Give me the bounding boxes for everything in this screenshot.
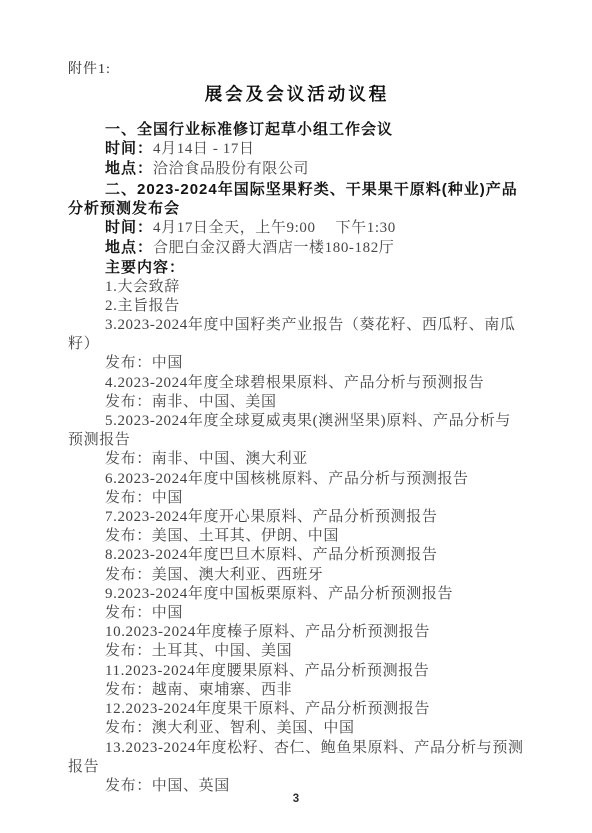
agenda-release: 发布：南非、中国、美国 xyxy=(68,393,526,412)
agenda-release: 发布：土耳其、中国、美国 xyxy=(68,642,526,661)
section1-place-line: 地点：洽洽食品股份有限公司 xyxy=(68,159,526,179)
page-number: 3 xyxy=(0,793,592,805)
section1-time-line: 时间：4月14日 - 17日 xyxy=(68,139,526,159)
agenda-item: 12.2023-2024年度果干原料、产品分析预测报告 xyxy=(68,700,526,719)
agenda-item: 5.2023-2024年度全球夏威夷果(澳洲坚果)原料、产品分析与预测报告 xyxy=(68,412,526,450)
agenda-release: 发布：美国、澳大利亚、西班牙 xyxy=(68,566,526,585)
time-value: 4月17日全天，上午9:00 下午1:30 xyxy=(153,220,396,236)
agenda-item: 7.2023-2024年度开心果原料、产品分析预测报告 xyxy=(68,508,526,527)
document-page: 附件1: 展会及会议活动议程 一、全国行业标准修订起草小组工作会议 时间：4月1… xyxy=(0,0,592,833)
agenda-release: 发布：澳大利亚、智利、美国、中国 xyxy=(68,719,526,738)
agenda-release: 发布：中国 xyxy=(68,489,526,508)
agenda-item: 10.2023-2024年度榛子原料、产品分析预测报告 xyxy=(68,623,526,642)
agenda-release: 发布：中国 xyxy=(68,354,526,373)
agenda-item: 13.2023-2024年度松籽、杏仁、鲍鱼果原料、产品分析与预测报告 xyxy=(68,739,526,777)
agenda-release: 发布：中国 xyxy=(68,604,526,623)
agenda-release: 发布：越南、柬埔寨、西非 xyxy=(68,681,526,700)
place-label: 地点： xyxy=(105,160,153,177)
agenda-item: 4.2023-2024年度全球碧根果原料、产品分析与预测报告 xyxy=(68,374,526,393)
agenda-item: 1.大会致辞 xyxy=(68,278,526,297)
agenda-item: 11.2023-2024年度腰果原料、产品分析预测报告 xyxy=(68,662,526,681)
document-title: 展会及会议活动议程 xyxy=(68,83,526,105)
agenda-release: 发布：南非、中国、澳大利亚 xyxy=(68,450,526,469)
document-content: 附件1: 展会及会议活动议程 一、全国行业标准修订起草小组工作会议 时间：4月1… xyxy=(0,0,592,796)
section2-content-label: 主要内容： xyxy=(68,258,526,277)
time-label: 时间： xyxy=(105,219,153,236)
agenda-item: 9.2023-2024年度中国板栗原料、产品分析预测报告 xyxy=(68,585,526,604)
agenda-item: 6.2023-2024年度中国核桃原料、产品分析与预测报告 xyxy=(68,470,526,489)
section1-heading: 一、全国行业标准修订起草小组工作会议 xyxy=(68,120,526,139)
agenda-item: 2.主旨报告 xyxy=(68,297,526,316)
time-label: 时间： xyxy=(105,140,153,157)
agenda-item: 3.2023-2024年度中国籽类产业报告（葵花籽、西瓜籽、南瓜籽） xyxy=(68,316,526,354)
attachment-label: 附件1: xyxy=(68,60,526,79)
agenda-release: 发布：美国、土耳其、伊朗、中国 xyxy=(68,527,526,546)
place-value: 洽洽食品股份有限公司 xyxy=(153,161,309,177)
section2-time-line: 时间：4月17日全天，上午9:00 下午1:30 xyxy=(68,218,526,238)
place-value: 合肥白金汉爵大酒店一楼180-182厅 xyxy=(153,240,394,256)
place-label: 地点： xyxy=(105,239,153,256)
agenda-item: 8.2023-2024年度巴旦木原料、产品分析预测报告 xyxy=(68,546,526,565)
section2-place-line: 地点：合肥白金汉爵大酒店一楼180-182厅 xyxy=(68,238,526,258)
time-value: 4月14日 - 17日 xyxy=(153,141,255,157)
section2-heading: 二、2023-2024年国际坚果籽类、干果果干原料(种业)产品分析预测发布会 xyxy=(68,180,526,218)
